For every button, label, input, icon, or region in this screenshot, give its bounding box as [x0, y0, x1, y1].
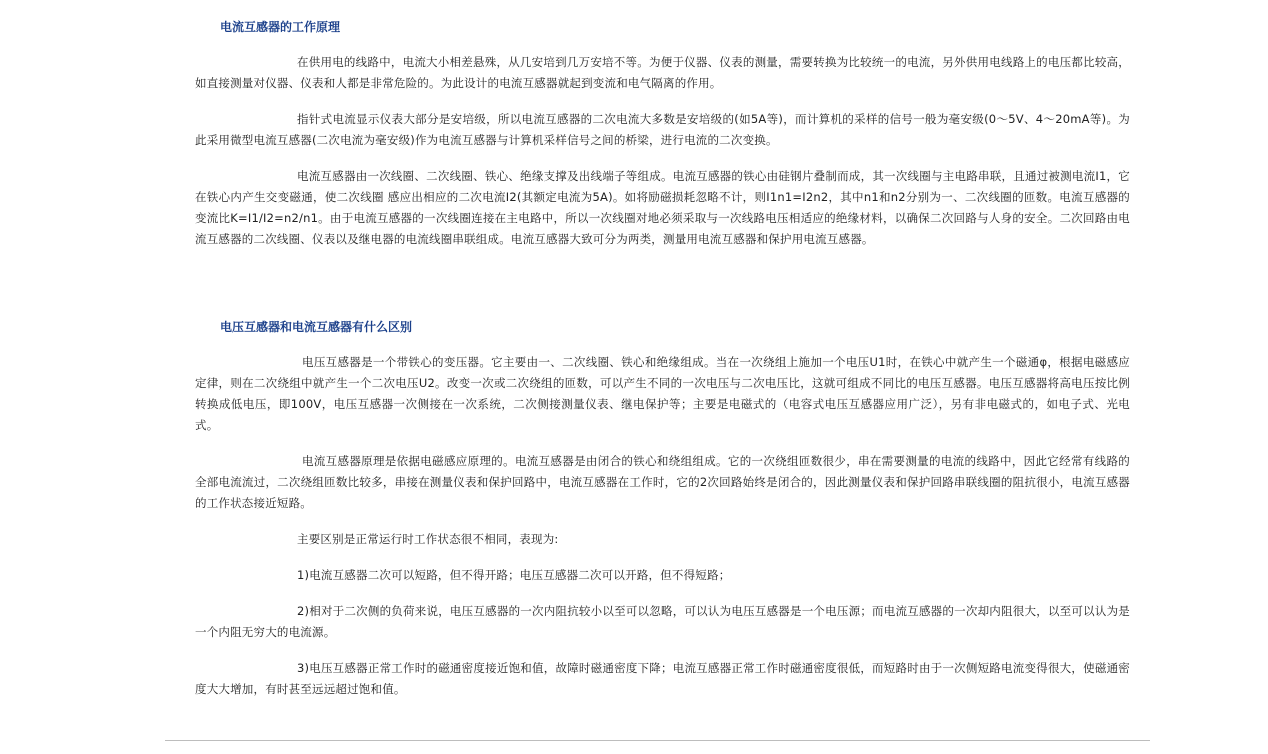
- list-item: 3)电压互感器正常工作时的磁通密度接近饱和值，故障时磁通密度下降；电流互感器正常…: [195, 658, 1130, 700]
- paragraph: 电压互感器是一个带铁心的变压器。它主要由一、二次线圈、铁心和绝缘组成。当在一次绕…: [195, 352, 1130, 436]
- paragraph: 电流互感器原理是依据电磁感应原理的。电流互感器是由闭合的铁心和绕组组成。它的一次…: [195, 451, 1130, 514]
- paragraph: 主要区别是正常运行时工作状态很不相同，表现为:: [195, 529, 1130, 550]
- section-title-pt-vs-ct: 电压互感器和电流互感器有什么区别: [195, 317, 412, 337]
- section-title-ct-principle: 电流互感器的工作原理: [195, 17, 340, 37]
- footer-divider: [165, 740, 1150, 741]
- list-item: 2)相对于二次侧的负荷来说，电压互感器的一次内阻抗较小以至可以忽略，可以认为电压…: [195, 601, 1130, 643]
- list-item: 1)电流互感器二次可以短路，但不得开路；电压互感器二次可以开路，但不得短路；: [195, 565, 1130, 586]
- paragraph: 指针式电流显示仪表大部分是安培级，所以电流互感器的二次电流大多数是安培级的(如5…: [195, 109, 1130, 151]
- paragraph: 在供用电的线路中，电流大小相差悬殊，从几安培到几万安培不等。为便于仪器、仪表的测…: [195, 52, 1130, 94]
- paragraph: 电流互感器由一次线圈、二次线圈、铁心、绝缘支撑及出线端子等组成。电流互感器的铁心…: [195, 166, 1130, 250]
